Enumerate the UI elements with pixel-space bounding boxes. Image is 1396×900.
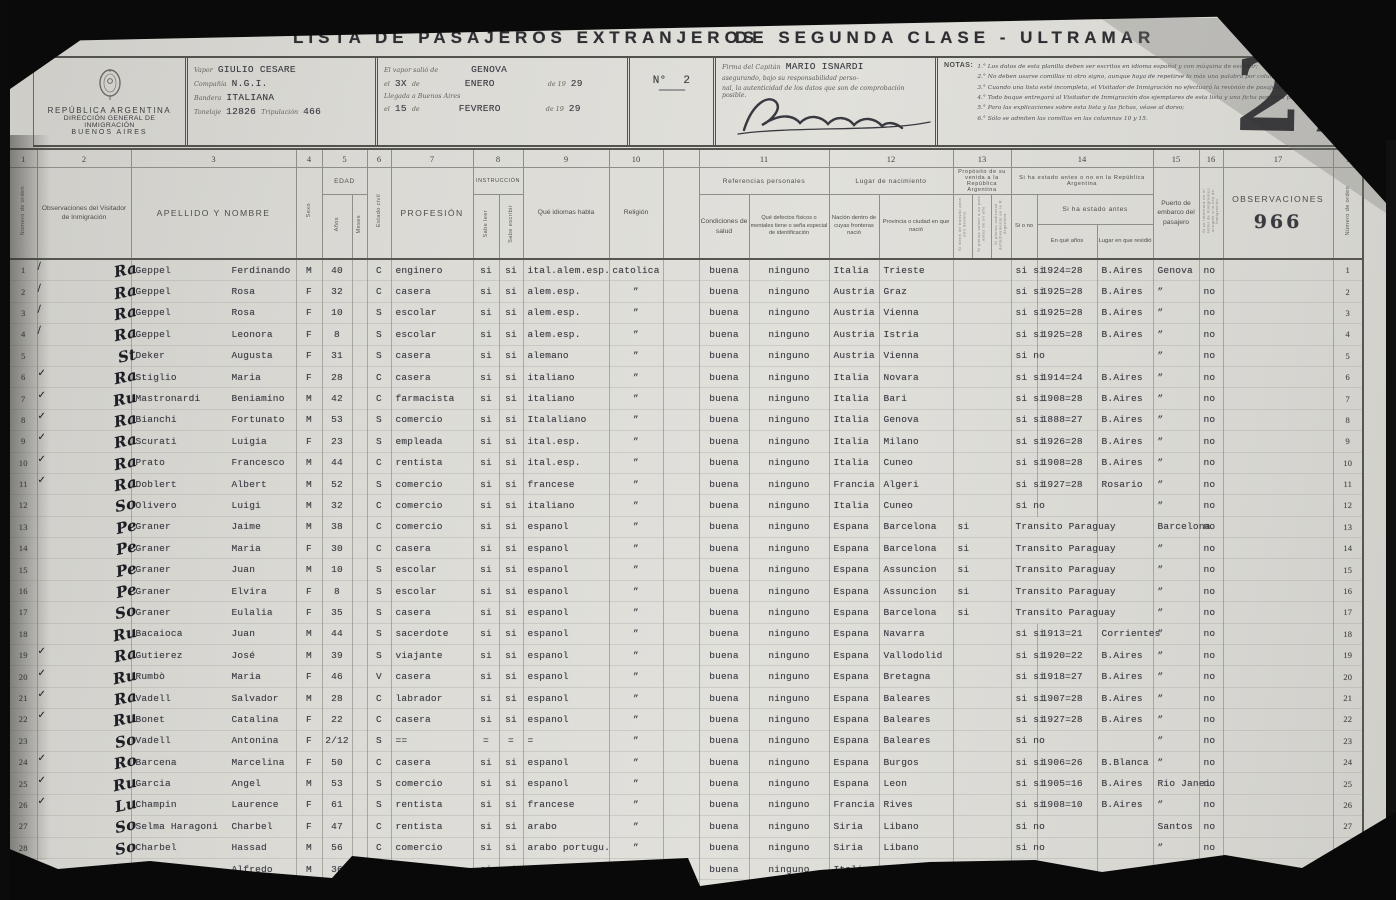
sex-cell: F (296, 580, 322, 601)
table-row: 24✓RoBarcenaMarcelinaF50Ccaserasisiespan… (9, 751, 1363, 772)
writes-cell: si (499, 259, 523, 281)
spacer-cell (663, 709, 699, 730)
province-cell: Milano (879, 431, 953, 452)
law-cell: no (1199, 858, 1223, 879)
religion-cell: ” (609, 431, 663, 452)
header-group-row: Número de orden Observaciones del Visita… (9, 168, 1363, 195)
religion-cell: ” (609, 452, 663, 473)
age-months-cell (352, 751, 367, 772)
been-before-cell: si si (1011, 259, 1037, 281)
coat-of-arms-icon (93, 68, 127, 104)
civil-status-cell: S (367, 559, 391, 580)
embark-port-cell: ” (1153, 602, 1199, 623)
reads-cell: si (473, 495, 499, 516)
reads-cell: = (473, 730, 499, 751)
nation-cell: Italia (829, 409, 879, 430)
health-cell: buena (699, 516, 749, 537)
visitor-observation-cell: Pe (37, 516, 131, 537)
page-subtitle: DE SEGUNDA CLASE - ULTRAMAR (735, 28, 1155, 48)
civil-status-cell: S (367, 773, 391, 794)
civil-status-cell: C (367, 388, 391, 409)
port-header: Puerto de embarco del pasajero (1153, 168, 1199, 260)
observations-cell (1223, 880, 1333, 900)
years-cell: 1908=10 (1037, 794, 1097, 815)
passenger-name-cell: BarcenaMarcelina (131, 751, 296, 772)
profession-cell: comercio (391, 773, 473, 794)
profession-cell: escolar (391, 324, 473, 345)
profession-cell: comercio (391, 495, 473, 516)
writes-cell: si (499, 751, 523, 772)
embark-port-cell: ” (1153, 431, 1199, 452)
health-cell: buena (699, 837, 749, 858)
been-before-cell: si si (1011, 452, 1037, 473)
surname: Gutierez (136, 650, 232, 661)
years-cell: 1888=27 (1037, 409, 1097, 430)
transit-purpose-cell (953, 259, 1011, 281)
passenger-name-cell: OliveroLuigi (131, 495, 296, 516)
residence-cell: B.Aires (1097, 431, 1153, 452)
civil-status-cell: C (367, 687, 391, 708)
sex-cell: M (296, 409, 322, 430)
transit-purpose-cell (953, 366, 1011, 387)
sex-cell: M (296, 837, 322, 858)
observations-cell (1223, 259, 1333, 281)
transit-purpose-cell (953, 730, 1011, 751)
age-months-cell (352, 281, 367, 302)
row-number-right: 23 (1333, 730, 1363, 751)
civil-status-cell: C (367, 538, 391, 559)
embark-port-cell: ” (1153, 452, 1199, 473)
visitor-observation-cell: ✓Ra (37, 452, 131, 473)
age-months-cell (352, 259, 367, 281)
age-years-cell: 23 (322, 431, 352, 452)
civil-status-cell: S (367, 345, 391, 366)
given-name: Catalina (232, 714, 279, 725)
defects-cell: ninguno (749, 880, 829, 900)
civil-status-cell: C (367, 858, 391, 879)
law-cell: no (1199, 473, 1223, 494)
row-number-right: 1 (1333, 259, 1363, 281)
row-number-right: 10 (1333, 452, 1363, 473)
religion-cell: ” (609, 858, 663, 879)
table-row: 3∕RaGeppelRosaF10Sescolarsisialem.esp.”b… (9, 302, 1363, 323)
health-header: Condiciones de salud (699, 195, 749, 260)
nation-cell: Espana (829, 623, 879, 644)
sex-cell: F (296, 709, 322, 730)
writes-cell: si (499, 773, 523, 794)
de-label: de (412, 80, 420, 88)
civil-status-cell: S (367, 794, 391, 815)
nation-cell: Espana (829, 666, 879, 687)
book-binding-edge (0, 0, 10, 900)
residence-cell: Corrientes (1097, 623, 1153, 644)
years-cell: 1914=24 (1037, 366, 1097, 387)
residence-cell: B.Aires (1097, 388, 1153, 409)
defects-cell: ninguno (749, 773, 829, 794)
religion-cell: ” (609, 623, 663, 644)
table-row: 28SoCharbelHassadM56Ccomerciosisiarabo p… (9, 837, 1363, 858)
province-cell: Barcelona (879, 602, 953, 623)
reads-cell: si (473, 366, 499, 387)
el-label2: el (384, 105, 390, 113)
law-cell: no (1199, 388, 1223, 409)
given-name: Maria (232, 372, 262, 383)
spacer-cell (663, 302, 699, 323)
profession-cell: comercio (391, 409, 473, 430)
visitor-initials: So (114, 880, 139, 900)
observations-cell (1223, 409, 1333, 430)
health-cell: buena (699, 302, 749, 323)
languages-cell: alem.esp. (523, 324, 609, 345)
profession-cell: viajante (391, 645, 473, 666)
row-number-right: 6 (1333, 366, 1363, 387)
writes-cell: si (499, 709, 523, 730)
age-years-cell: 56 (322, 837, 352, 858)
row-number-right: 29 (1333, 858, 1363, 879)
embark-port-cell: ” (1153, 366, 1199, 387)
passenger-name-cell: BianchiFortunato (131, 409, 296, 430)
languages-cell: espanol (523, 538, 609, 559)
given-name: Eulalia (232, 607, 273, 618)
age-months-cell (352, 666, 367, 687)
civil-status-cell: C (367, 495, 391, 516)
province-cell: Graz (879, 281, 953, 302)
profession-cell: casera (391, 709, 473, 730)
row-number-right: 13 (1333, 516, 1363, 537)
been-before-cell: Transito Paraguay (1011, 559, 1097, 580)
been-before-group-header: Si ha estado antes o no en la República … (1011, 168, 1153, 195)
col-no: 6 (367, 149, 391, 168)
reads-cell: si (473, 559, 499, 580)
spacer-header (663, 168, 699, 260)
languages-cell: espanol (523, 623, 609, 644)
table-row: 27SoSelma HaragoniCharbelF47Crentistasis… (9, 816, 1363, 837)
writes-cell: si (499, 858, 523, 879)
given-name: José (232, 650, 256, 661)
province-cell: Cosenza (879, 880, 953, 900)
languages-cell: espanol (523, 751, 609, 772)
law-cell: no (1199, 345, 1223, 366)
age-months-cell (352, 324, 367, 345)
age-years-cell: 31 (322, 345, 352, 366)
writes-cell: si (499, 473, 523, 494)
transit-purpose-cell (953, 751, 1011, 772)
spacer-cell (663, 259, 699, 281)
nation-cell: Italia (829, 366, 879, 387)
residence-cell (1097, 880, 1153, 900)
surname: Alcide (136, 885, 232, 896)
civil-status-cell: C (367, 880, 391, 900)
sex-cell: F (296, 281, 322, 302)
surname: Barcena (136, 757, 232, 768)
sex-cell: F (296, 666, 322, 687)
transit-purpose-cell (953, 431, 1011, 452)
transit-purpose-cell (953, 495, 1011, 516)
surname: Garcia (136, 778, 232, 789)
been-before-cell: si si (1011, 388, 1037, 409)
sex-cell: F (296, 345, 322, 366)
embark-port-cell: Genova (1153, 259, 1199, 281)
surname: Stiglio (136, 372, 232, 383)
passenger-name-cell: GeppelFerdinando (131, 259, 296, 281)
years-cell: 1918=27 (1037, 666, 1097, 687)
sex-cell: F (296, 751, 322, 772)
years-cell: 1926=28 (1037, 431, 1097, 452)
health-cell: buena (699, 602, 749, 623)
been-place-header: Lugar en que residió (1097, 225, 1153, 259)
sex-cell: F (296, 431, 322, 452)
health-cell: buena (699, 751, 749, 772)
law-header: Si se internará en el Hotel de Inmigrant… (1199, 168, 1223, 260)
embark-port-cell: ” (1153, 709, 1199, 730)
table-row: 25✓RuGarciaAngelM53Scomerciosisiespanol”… (9, 773, 1363, 794)
languages-cell: espanol (523, 602, 609, 623)
writes-cell: si (499, 452, 523, 473)
reads-cell: si (473, 324, 499, 345)
bandera-value: ITALIANA (226, 92, 274, 103)
row-number-right: 15 (1333, 559, 1363, 580)
transit-purpose-cell: si (953, 538, 1011, 559)
given-name: Jaime (232, 521, 262, 532)
age-years-cell: 40 (322, 259, 352, 281)
spacer-cell (663, 645, 699, 666)
religion-cell: ” (609, 602, 663, 623)
law-cell: no (1199, 837, 1223, 858)
reads-cell: si (473, 452, 499, 473)
org-line1: REPÚBLICA ARGENTINA (48, 106, 172, 115)
writes-cell: si (499, 431, 523, 452)
been-before-cell: Transito Paraguay (1011, 538, 1097, 559)
health-cell: buena (699, 559, 749, 580)
civil-status-cell: C (367, 816, 391, 837)
passenger-name-cell: GeppelRosa (131, 281, 296, 302)
spacer-cell (663, 452, 699, 473)
law-cell: no (1199, 687, 1223, 708)
sailed-month: ENERO (465, 78, 495, 89)
religion-cell: ” (609, 495, 663, 516)
health-cell: buena (699, 473, 749, 494)
row-number-right: 2 (1333, 281, 1363, 302)
defects-cell: ninguno (749, 645, 829, 666)
residence-cell: B.Aires (1097, 687, 1153, 708)
age-years-cell: 47 (322, 816, 352, 837)
embark-port-cell: ” (1153, 730, 1199, 751)
transit-purpose-cell (953, 452, 1011, 473)
age-years-cell: 39 (322, 645, 352, 666)
observations-cell (1223, 794, 1333, 815)
province-cell: Burgos (879, 751, 953, 772)
law-cell: no (1199, 751, 1223, 772)
nation-cell: Siria (829, 837, 879, 858)
writes-cell: si (499, 816, 523, 837)
profession-cell: casera (391, 602, 473, 623)
civil-status-cell: S (367, 324, 391, 345)
province-cell: Barcelona (879, 516, 953, 537)
profession-cell: casera (391, 366, 473, 387)
sex-cell: M (296, 623, 322, 644)
passenger-name-cell: GarciaAngel (131, 773, 296, 794)
writes-cell: si (499, 495, 523, 516)
reads-cell: si (473, 516, 499, 537)
purpose2-header: Si piensa volver a su país antes de un a… (972, 195, 991, 260)
spacer-cell (663, 516, 699, 537)
languages-cell: espanol (523, 666, 609, 687)
years-cell: 1925=28 (1037, 281, 1097, 302)
embark-port-cell: ” (1153, 837, 1199, 858)
age-months-cell (352, 794, 367, 815)
row-number-right: 18 (1333, 623, 1363, 644)
row-number-left: 30 (9, 880, 37, 900)
health-cell: buena (699, 858, 749, 879)
health-cell: buena (699, 495, 749, 516)
been-before-cell: si no (1011, 345, 1037, 366)
health-cell: buena (699, 431, 749, 452)
reads-cell: si (473, 794, 499, 815)
surname: Deker (136, 350, 232, 361)
province-cell: Cosenza (879, 858, 953, 879)
given-name: Alfredo (232, 864, 273, 875)
de-label2: de (412, 105, 420, 113)
province-cell: Baleares (879, 709, 953, 730)
been-before-cell: si si (1011, 366, 1037, 387)
province-cell: Bari (879, 388, 953, 409)
been-before-cell: si si (1011, 645, 1037, 666)
residence-cell: B.Aires (1097, 366, 1153, 387)
nation-cell: Austria (829, 345, 879, 366)
health-cell: buena (699, 794, 749, 815)
captain-signature (734, 88, 934, 143)
visitor-observation-cell: ✓Ra (37, 431, 131, 452)
observations-cell (1223, 666, 1333, 687)
passenger-name-cell: ScuratiLuigia (131, 431, 296, 452)
spacer-cell (663, 773, 699, 794)
years-cell: 1908=28 (1037, 388, 1097, 409)
law-cell: no (1199, 431, 1223, 452)
visitor-observation-cell: Pe (37, 580, 131, 601)
sex-cell: F (296, 730, 322, 751)
defects-cell: ninguno (749, 259, 829, 281)
table-row: 2∕RaGeppelRosaF32Ccaserasisialem.esp.”bu… (9, 281, 1363, 302)
age-years-cell: 42 (322, 388, 352, 409)
captain-signature-box: Firma del Capitán MARIO ISNARDI aseguran… (713, 58, 935, 145)
surname: Geppel (136, 329, 232, 340)
defects-cell: ninguno (749, 452, 829, 473)
law-cell: no (1199, 580, 1223, 601)
arrived-month: FEVRERO (459, 103, 501, 114)
transit-purpose-cell (953, 794, 1011, 815)
table-row: 21✓RaVadellSalvadorM28Clabradorsisiespan… (9, 687, 1363, 708)
been-before-cell: si si (1011, 751, 1037, 772)
religion-cell: ” (609, 666, 663, 687)
row-number-right: 21 (1333, 687, 1363, 708)
row-number-right: 12 (1333, 495, 1363, 516)
surname: Charbel (136, 842, 232, 853)
captain-name: MARIO ISNARDI (786, 61, 864, 72)
embark-port-cell: ” (1153, 388, 1199, 409)
been-before-cell: si no (1011, 495, 1037, 516)
name-header: APELLIDO Y NOMBRE (131, 168, 296, 260)
years-cell: 1927=28 (1037, 709, 1097, 730)
languages-cell: espanol (523, 516, 609, 537)
province-cell: Baleares (879, 730, 953, 751)
health-cell: buena (699, 345, 749, 366)
row-number-left: 29 (9, 858, 37, 879)
languages-header: Qué idiomas habla (523, 168, 609, 260)
passenger-name-cell: GranerEulalia (131, 602, 296, 623)
civil-status-cell: C (367, 516, 391, 537)
defects-cell: ninguno (749, 345, 829, 366)
age-months-cell (352, 602, 367, 623)
el-label: el (384, 80, 390, 88)
health-cell: buena (699, 324, 749, 345)
given-name: Juan (232, 628, 256, 639)
observations-cell (1223, 302, 1333, 323)
given-name: Albert (232, 479, 267, 490)
transit-purpose-cell: si (953, 602, 1011, 623)
transit-purpose-cell (953, 281, 1011, 302)
been-before-cell: si si (1011, 687, 1037, 708)
reads-cell: si (473, 709, 499, 730)
visitor-observation-cell: So (37, 880, 131, 900)
reads-cell: si (473, 773, 499, 794)
law-cell: no (1199, 259, 1223, 281)
years-cell: 1905=16 (1037, 773, 1097, 794)
languages-cell: italiano (523, 388, 609, 409)
writes-cell: si (499, 345, 523, 366)
defects-cell: ninguno (749, 431, 829, 452)
nation-cell: Espana (829, 645, 879, 666)
province-cell: Navarra (879, 623, 953, 644)
col-no: 4 (296, 149, 322, 168)
been-before-cell: si si (1011, 773, 1037, 794)
civil-status-cell: V (367, 666, 391, 687)
been-before-cell: si si (1011, 324, 1037, 345)
given-name: Leonora (232, 329, 273, 340)
religion-cell: ” (609, 816, 663, 837)
surname: Bianchi (136, 414, 232, 425)
visitor-observation-cell: ∕Ra (37, 259, 131, 281)
transit-purpose-cell (953, 623, 1011, 644)
org-line2: DIRECCIÓN GENERAL DE INMIGRACIÓN (40, 115, 179, 129)
writes-cell: si (499, 388, 523, 409)
tonelaje-label: Tonelaje (194, 108, 221, 116)
age-months-cell (352, 623, 367, 644)
embark-port-cell: Santos (1153, 816, 1199, 837)
visitor-observation-cell: Ru (37, 623, 131, 644)
passenger-name-cell: AlcideStella (131, 880, 296, 900)
writes-cell: si (499, 687, 523, 708)
age-years-cell: 44 (322, 623, 352, 644)
civil-status-cell: C (367, 281, 391, 302)
purpose1-header: Si viene de tránsito para otro destino (953, 195, 972, 260)
given-name: Laurence (232, 799, 279, 810)
languages-cell: ital. esp. (523, 858, 609, 879)
given-name: Augusta (232, 350, 273, 361)
table-row: 18RuBacaiocaJuanM44Ssacerdotesisiespanol… (9, 623, 1363, 644)
embark-port-cell: ” (1153, 473, 1199, 494)
given-name: Rosa (232, 307, 256, 318)
given-name: Antonina (232, 735, 279, 746)
passenger-name-cell: PratoFrancesco (131, 452, 296, 473)
languages-cell: alem.esp. (523, 281, 609, 302)
years-cell: 1925=28 (1037, 324, 1097, 345)
surname: Graner (136, 521, 232, 532)
surname: Graner (136, 543, 232, 554)
age-years-cell: 8 (322, 580, 352, 601)
age-years-cell: 53 (322, 409, 352, 430)
reads-cell: si (473, 538, 499, 559)
religion-cell: ” (609, 516, 663, 537)
